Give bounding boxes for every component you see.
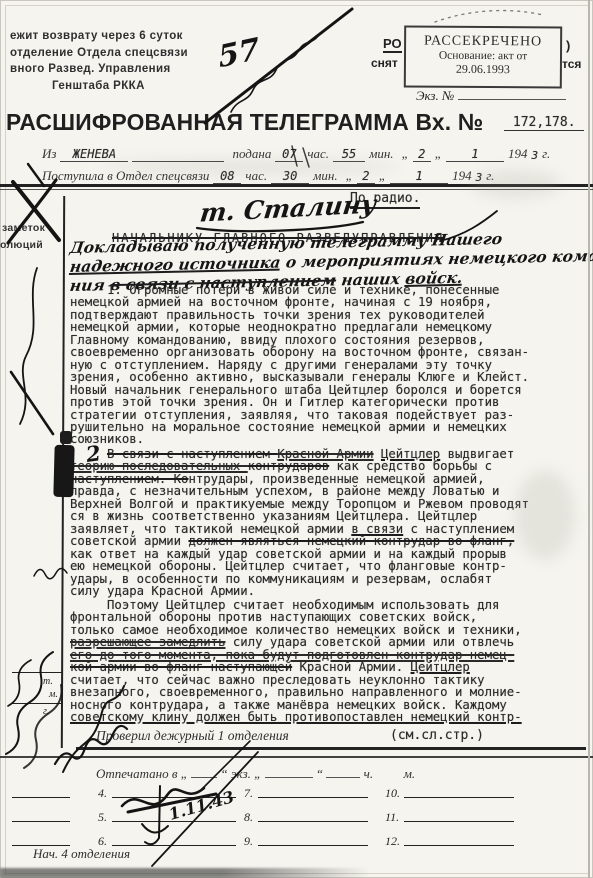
handwritten-addressee: т. Сталину [198, 189, 377, 227]
grid-number: 7. [244, 786, 253, 801]
blank-line [265, 777, 313, 778]
return-notice-line: вного Развед. Управления [10, 61, 188, 78]
grid-stub-line [12, 821, 70, 822]
sent-label: подана [232, 146, 271, 162]
margin-resolutions-label: олюций [0, 239, 43, 251]
incoming-number: 172,178. [504, 115, 584, 131]
quote-mark: „ [402, 146, 409, 162]
horizontal-rule [0, 756, 593, 758]
text-line: своевременно организовать оборону на вос… [70, 346, 586, 358]
minute-label: мин. [313, 168, 338, 184]
department-head-label: Нач. 4 отделения [33, 846, 130, 862]
horizontal-rule [0, 184, 593, 187]
stamp-covered-fragment: тся [562, 57, 581, 71]
minutes-label: м. [404, 766, 416, 781]
margin-form-letter: г. [43, 706, 49, 717]
margin-curve-stroke [20, 268, 37, 424]
from-value: ЖЕНЕВА [60, 149, 128, 162]
margin-form-line [12, 703, 62, 704]
received-minute-value: 30 [271, 171, 309, 184]
minute-label: мин. [369, 146, 394, 162]
scan-edge-line [588, 0, 590, 878]
year-suffix: г. [486, 168, 494, 184]
annotated-text-segment: советскому клину должен быть противопост… [70, 710, 522, 724]
grid-number: 11. [385, 810, 399, 825]
sent-hour-value: 07 [275, 149, 303, 162]
paragraph-3: Поэтому Цейтцлер считает необходимым исп… [70, 599, 586, 724]
telegram-document-page: ежит возврату через 6 суток отделение От… [0, 0, 593, 878]
scan-edge-shadow [0, 868, 370, 878]
year-suffix: г. [542, 146, 550, 162]
text-line: против этой точки зрения. Он и Гитлер ка… [70, 396, 586, 408]
handwritten-signature-date: 1.11.43 [167, 787, 236, 824]
paragraph-2: В связи с наступлением Красной Армии Цей… [70, 448, 586, 597]
handwritten-paragraph-number: 2 [84, 440, 102, 467]
text-line: кой армии во фланг наступающей Красной А… [70, 661, 586, 673]
text-line: внезапного, своевременного, правильно на… [70, 686, 586, 698]
grid-signature-flourish [145, 786, 160, 844]
stamp-covered-fragment: РО [383, 36, 402, 53]
grid-number: 9. [244, 834, 253, 849]
printed-label: Отпечатано в [96, 766, 177, 781]
text-line: правда, с незначительным успехом, в райо… [70, 485, 586, 497]
document-title-row: РАСШИФРОВАННАЯ ТЕЛЕГРАММА Вх. №172,178. [6, 109, 584, 136]
margin-slash-stroke [11, 372, 53, 434]
stamp-covered-fragment: снят [371, 56, 398, 70]
grid-line [404, 821, 514, 822]
grid-number: 5. [98, 810, 107, 825]
grid-line [258, 797, 368, 798]
received-day-value: 2 [357, 171, 375, 184]
text-line: рушительно на моральное состояние немецк… [70, 421, 586, 433]
copy-number-text: Экз. № [416, 88, 454, 103]
return-notice-line: ежит возврату через 6 суток [10, 28, 188, 45]
dotted-arc [435, 11, 543, 22]
year-prefix: 194 [508, 146, 528, 162]
return-notice: ежит возврату через 6 суток отделение От… [10, 28, 188, 94]
text-line: советской армии должен являться немецкий… [70, 535, 586, 547]
grid-line [404, 797, 514, 798]
ink-blot [53, 445, 74, 498]
handwritten-number: 57 [217, 32, 262, 76]
see-next-page-note: (см.сл.стр.) [390, 728, 484, 743]
form-row-received: Поступила в Отдел спецсвязи 08 час. 30 м… [38, 168, 580, 184]
text-line: немецкой армии, которые неоднократно пре… [70, 321, 586, 333]
quote-mark: “ [220, 766, 227, 781]
grid-line [258, 821, 368, 822]
margin-form-line [12, 672, 62, 673]
grid-line [112, 845, 236, 846]
quote-mark: „ [379, 168, 386, 184]
hour-label: час. [245, 168, 267, 184]
margin-notes-label: заметок [2, 222, 45, 234]
received-month-value: 1 [390, 171, 448, 184]
sent-day-value: 2 [413, 149, 431, 162]
stamp-title: РАССЕКРЕЧЕНО [406, 33, 560, 50]
declassification-stamp: РАССЕКРЕЧЕНО Основание: акт от 29.06.199… [404, 25, 562, 88]
quote-mark: „ [435, 146, 442, 162]
copies-label: экз. [231, 766, 251, 781]
sent-year-digit: 3 [532, 149, 539, 162]
sent-minute-value: 55 [333, 149, 365, 162]
text-line: советскому клину должен быть противопост… [70, 711, 586, 723]
blank-line [191, 777, 217, 778]
blank-line [132, 147, 224, 162]
quote-mark: „ [181, 766, 188, 781]
grid-stub-line [12, 797, 70, 798]
from-label: Из [42, 146, 56, 162]
sent-month-value: 1 [446, 149, 504, 162]
text-line: союзников. [70, 433, 586, 445]
paragraph-1: 1. Огромные потери в живой силе и техник… [70, 284, 586, 446]
grid-number: 12. [385, 834, 400, 849]
horizontal-rule [0, 189, 593, 190]
copy-number-label: Экз. № [416, 88, 566, 104]
document-title: РАСШИФРОВАННАЯ ТЕЛЕГРАММА Вх. № [6, 109, 483, 136]
grid-signature-flourish [142, 824, 168, 833]
blank-line [326, 777, 360, 778]
quote-mark: “ [316, 766, 323, 781]
margin-form-letter: м. [49, 689, 58, 700]
year-prefix: 194 [452, 168, 472, 184]
verified-by-label: Проверил дежурный 1 отделения [96, 728, 289, 744]
stamp-covered-fragment: ) [566, 38, 570, 53]
horizontal-rule [76, 747, 586, 750]
return-notice-line: Генштаба РККА [10, 78, 188, 95]
grid-line [404, 845, 514, 846]
stamp-date: 29.06.1993 [406, 61, 560, 77]
hours-label: ч. [364, 766, 373, 781]
grid-number: 8. [244, 810, 253, 825]
copy-number-blank-line [458, 99, 566, 100]
received-hour-value: 08 [213, 171, 241, 184]
text-line: силу удара Красной Армии. [70, 585, 586, 597]
received-year-digit: 3 [476, 171, 483, 184]
hour-label: час. [307, 146, 329, 162]
form-row-sent: Из ЖЕНЕВА подана 07 час. 55 мин. „ 2 „ 1… [38, 146, 580, 162]
grid-number: 10. [385, 786, 400, 801]
margin-form-letter: т. [43, 676, 53, 687]
printed-copies-row: Отпечатано в „ “ экз. „ “ ч. м. [96, 766, 415, 782]
quote-mark: „ [254, 766, 261, 781]
return-notice-line: отделение Отдела спецсвязи [10, 45, 188, 62]
stamp-basis: Основание: акт от [406, 49, 560, 62]
text-line: зрения, особенно активно, высказывали ге… [70, 371, 586, 383]
received-label: Поступила в Отдел спецсвязи [42, 168, 209, 184]
grid-number: 4. [98, 786, 107, 801]
text-line: ею немецкой обороны. Цейтцлер считает, ч… [70, 560, 586, 572]
margin-scribble [8, 660, 31, 706]
ink-blot [60, 431, 72, 444]
grid-line [258, 845, 368, 846]
quote-mark: „ [346, 168, 353, 184]
